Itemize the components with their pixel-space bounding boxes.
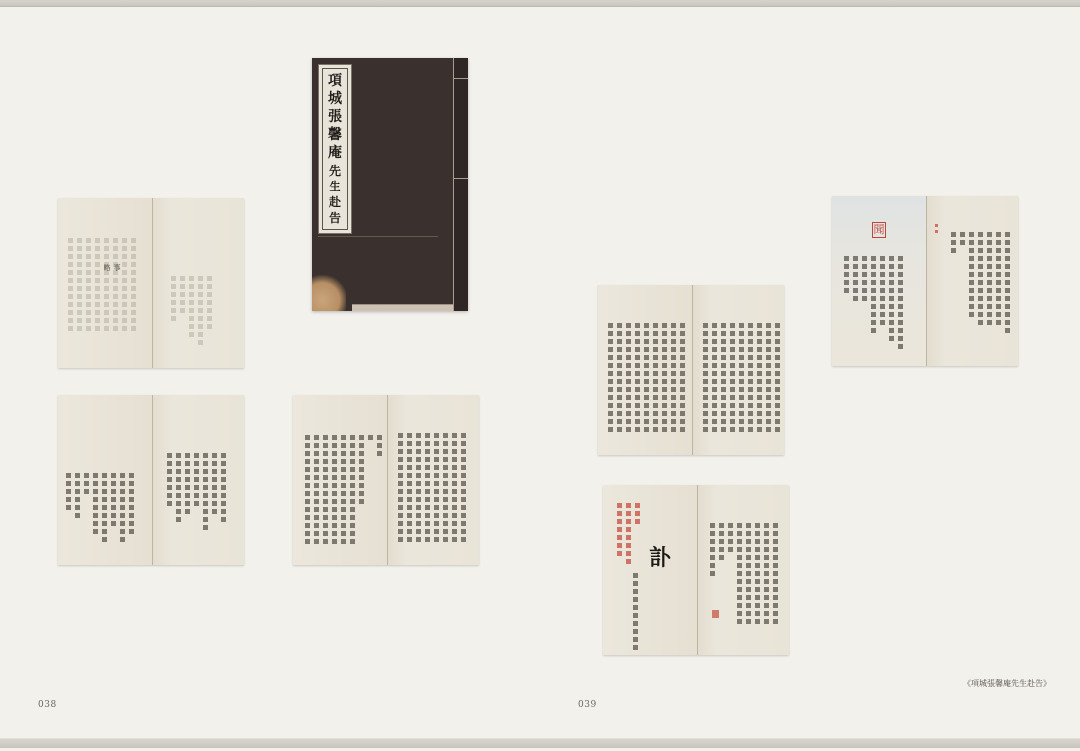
cover-title-char: 先	[329, 165, 341, 177]
red-seal-stamp	[712, 610, 719, 618]
spread-left-leaf: 訃	[603, 485, 698, 655]
spread-right-leaf	[693, 285, 785, 455]
right-page-number: 039	[578, 700, 597, 710]
cover-spine-binding	[453, 58, 468, 311]
cover-wear-edge	[352, 289, 468, 311]
spread-right-leaf	[153, 198, 245, 368]
book-spread-mourners	[58, 395, 244, 565]
book-spread-obituary: 訃	[603, 485, 789, 655]
spread-left-leaf	[293, 395, 388, 565]
book-spread-toc: 事略	[58, 198, 244, 368]
cover-title-char: 張	[328, 110, 342, 124]
cover-title-char: 赴	[329, 196, 341, 208]
book-spread-announcement: 聞	[832, 196, 1018, 366]
spread-left-leaf: 聞	[832, 196, 927, 366]
cover-title-char: 項	[328, 74, 342, 88]
spread-left-leaf	[58, 395, 153, 565]
cover-crack	[318, 236, 438, 237]
spread-right-leaf	[388, 395, 480, 565]
obituary-big-character: 訃	[649, 541, 671, 572]
left-page-number: 038	[38, 700, 57, 710]
figure-caption: 《項城張馨庵先生赴告》	[963, 678, 1051, 689]
cover-title-label: 項 城 張 馨 庵 先 生 赴 告	[318, 64, 352, 234]
spread-right-leaf	[153, 395, 245, 565]
viewer-bottom-bar	[0, 738, 1080, 748]
cover-title-char: 庵	[328, 146, 342, 160]
viewer-top-bar	[0, 0, 1080, 7]
book-page-spread: 項 城 張 馨 庵 先 生 赴 告	[0, 7, 1080, 738]
section-heading: 事略	[102, 264, 122, 274]
book-spread-dense-text	[598, 285, 784, 455]
cover-title-char: 告	[329, 212, 341, 224]
cover-title-char: 城	[328, 92, 342, 106]
spread-right-leaf	[698, 485, 790, 655]
spread-left-leaf: 事略	[58, 198, 153, 368]
cover-title-char: 馨	[328, 128, 342, 142]
cover-title-char: 生	[330, 181, 341, 192]
book-spread-text	[293, 395, 479, 565]
spread-left-leaf	[598, 285, 693, 455]
cover-wear-stain	[312, 275, 346, 311]
spread-right-leaf	[927, 196, 1019, 366]
red-seal-character: 聞	[872, 222, 886, 238]
book-cover-image: 項 城 張 馨 庵 先 生 赴 告	[312, 58, 468, 311]
